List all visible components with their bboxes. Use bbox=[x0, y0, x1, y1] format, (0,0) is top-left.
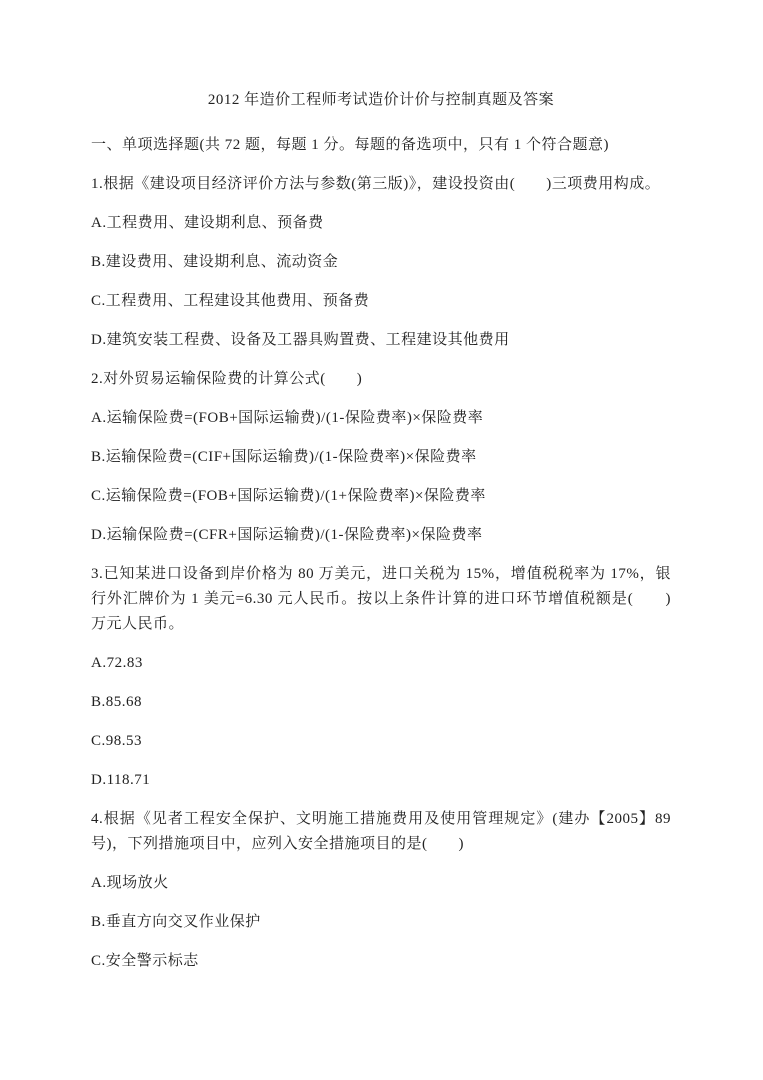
question-1-option-c: C.工程费用、工程建设其他费用、预备费 bbox=[91, 289, 671, 314]
question-3-option-b: B.85.68 bbox=[91, 690, 671, 715]
question-2-option-b: B.运输保险费=(CIF+国际运输费)/(1-保险费率)×保险费率 bbox=[91, 445, 671, 470]
document-content: 2012 年造价工程师考试造价计价与控制真题及答案 一、单项选择题(共 72 题… bbox=[0, 0, 763, 974]
question-4-option-b: B.垂直方向交叉作业保护 bbox=[91, 910, 671, 935]
question-4-option-a: A.现场放火 bbox=[91, 871, 671, 896]
question-2-option-d: D.运输保险费=(CFR+国际运输费)/(1-保险费率)×保险费率 bbox=[91, 523, 671, 548]
question-4-stem: 4.根据《见者工程安全保护、文明施工措施费用及使用管理规定》(建办【2005】8… bbox=[91, 807, 671, 857]
question-1-option-b: B.建设费用、建设期利息、流动资金 bbox=[91, 250, 671, 275]
question-3-option-d: D.118.71 bbox=[91, 768, 671, 793]
question-3-option-a: A.72.83 bbox=[91, 651, 671, 676]
page-title: 2012 年造价工程师考试造价计价与控制真题及答案 bbox=[91, 88, 671, 113]
question-1-option-a: A.工程费用、建设期利息、预备费 bbox=[91, 211, 671, 236]
section-header: 一、单项选择题(共 72 题，每题 1 分。每题的备选项中，只有 1 个符合题意… bbox=[91, 133, 671, 158]
question-2-option-a: A.运输保险费=(FOB+国际运输费)/(1-保险费率)×保险费率 bbox=[91, 406, 671, 431]
question-1-option-d: D.建筑安装工程费、设备及工器具购置费、工程建设其他费用 bbox=[91, 328, 671, 353]
question-3-option-c: C.98.53 bbox=[91, 729, 671, 754]
question-1-stem: 1.根据《建设项目经济评价方法与参数(第三版)》，建设投资由( )三项费用构成。 bbox=[91, 172, 671, 197]
question-3-stem: 3.已知某进口设备到岸价格为 80 万美元，进口关税为 15%，增值税税率为 1… bbox=[91, 562, 671, 637]
question-2-option-c: C.运输保险费=(FOB+国际运输费)/(1+保险费率)×保险费率 bbox=[91, 484, 671, 509]
question-2-stem: 2.对外贸易运输保险费的计算公式( ) bbox=[91, 367, 671, 392]
question-4-option-c: C.安全警示标志 bbox=[91, 949, 671, 974]
exam-document-page: 2012 年造价工程师考试造价计价与控制真题及答案 一、单项选择题(共 72 题… bbox=[0, 0, 763, 1080]
